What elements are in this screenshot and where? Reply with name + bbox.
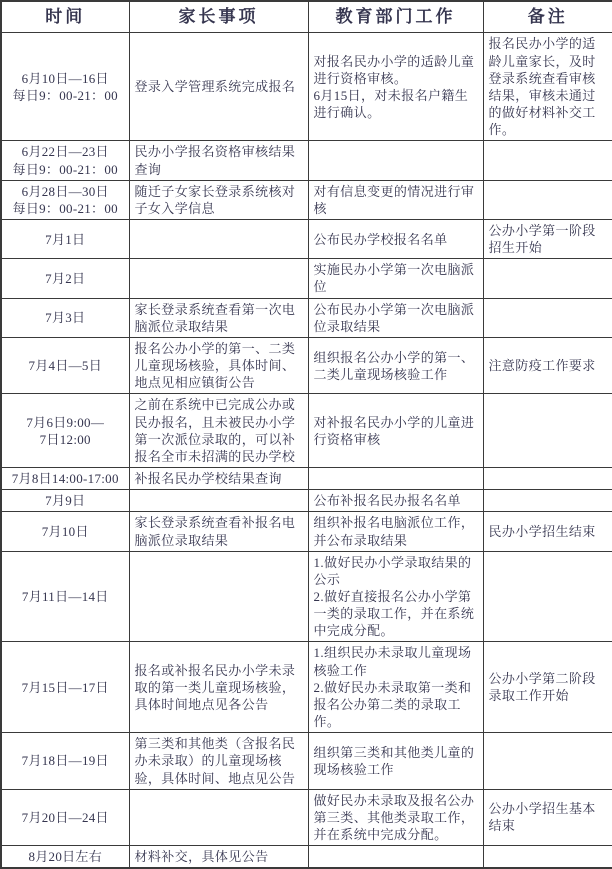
cell-parent-tasks bbox=[129, 789, 308, 845]
cell-parent-tasks: 补报名民办学校结果查询 bbox=[129, 468, 308, 490]
table-row: 7月18日—19日第三类和其他类（含报名民办未录取）的儿童现场核验，具体时间、地… bbox=[1, 733, 612, 789]
cell-notes bbox=[483, 846, 612, 869]
cell-parent-tasks bbox=[129, 220, 308, 259]
cell-parent-tasks: 报名公办小学的第一、二类儿童现场核验，具体时间、地点见相应镇街公告 bbox=[129, 337, 308, 393]
cell-time: 6月22日—23日 每日9：00-21：00 bbox=[1, 141, 129, 180]
table-row: 7月4日—5日报名公办小学的第一、二类儿童现场核验，具体时间、地点见相应镇街公告… bbox=[1, 337, 612, 393]
cell-time: 7月2日 bbox=[1, 259, 129, 298]
table-row: 7月15日—17日报名或补报名民办小学未录取的第一类儿童现场核验，具体时间地点见… bbox=[1, 642, 612, 733]
cell-parent-tasks: 家长登录系统查看第一次电脑派位录取结果 bbox=[129, 298, 308, 337]
table-row: 7月8日14:00-17:00补报名民办学校结果查询 bbox=[1, 468, 612, 490]
table-row: 6月22日—23日 每日9：00-21：00民办小学报名资格审核结果查询 bbox=[1, 141, 612, 180]
cell-time: 7月8日14:00-17:00 bbox=[1, 468, 129, 490]
cell-parent-tasks: 报名或补报名民办小学未录取的第一类儿童现场核验，具体时间地点见各公告 bbox=[129, 642, 308, 733]
cell-time: 7月4日—5日 bbox=[1, 337, 129, 393]
cell-parent-tasks: 第三类和其他类（含报名民办未录取）的儿童现场核验，具体时间、地点见公告 bbox=[129, 733, 308, 789]
header-cell-notes: 备注 bbox=[483, 1, 612, 33]
table-row: 7月3日家长登录系统查看第一次电脑派位录取结果公布民办小学第一次电脑派位录取结果 bbox=[1, 298, 612, 337]
cell-parent-tasks bbox=[129, 551, 308, 642]
cell-parent-tasks: 登录入学管理系统完成报名 bbox=[129, 33, 308, 141]
cell-notes bbox=[483, 733, 612, 789]
cell-time: 7月10日 bbox=[1, 512, 129, 551]
cell-parent-tasks: 民办小学报名资格审核结果查询 bbox=[129, 141, 308, 180]
table-row: 6月28日—30日 每日9：00-21：00随迁子女家长登录系统核对子女入学信息… bbox=[1, 180, 612, 219]
cell-time: 6月28日—30日 每日9：00-21：00 bbox=[1, 180, 129, 219]
cell-notes: 报名民办小学的适龄儿童家长，及时登录系统查看审核结果，审核未通过的做好材料补交工… bbox=[483, 33, 612, 141]
cell-time: 7月6日9:00— 7日12:00 bbox=[1, 394, 129, 468]
cell-notes: 公办小学第一阶段招生开始 bbox=[483, 220, 612, 259]
cell-notes bbox=[483, 259, 612, 298]
cell-notes bbox=[483, 551, 612, 642]
cell-time: 7月18日—19日 bbox=[1, 733, 129, 789]
cell-notes: 注意防疫工作要求 bbox=[483, 337, 612, 393]
header-cell-time: 时间 bbox=[1, 1, 129, 33]
cell-education-dept-work bbox=[308, 846, 483, 869]
cell-education-dept-work: 1.做好民办小学录取结果的公示 2.做好直接报名公办小学第一类的录取工作，并在系… bbox=[308, 551, 483, 642]
header-cell-parent-tasks: 家长事项 bbox=[129, 1, 308, 33]
cell-notes bbox=[483, 468, 612, 490]
cell-notes bbox=[483, 180, 612, 219]
table-row: 7月20日—24日做好民办未录取及报名公办第三类、其他类录取工作，并在系统中完成… bbox=[1, 789, 612, 845]
cell-time: 7月11日—14日 bbox=[1, 551, 129, 642]
cell-education-dept-work: 公布补报名民办报名名单 bbox=[308, 490, 483, 512]
cell-time: 7月1日 bbox=[1, 220, 129, 259]
table-row: 7月6日9:00— 7日12:00之前在系统中已完成公办或民办报名，且未被民办小… bbox=[1, 394, 612, 468]
cell-notes bbox=[483, 298, 612, 337]
cell-notes bbox=[483, 141, 612, 180]
cell-education-dept-work: 公布民办学校报名名单 bbox=[308, 220, 483, 259]
cell-time: 6月10日—16日 每日9：00-21：00 bbox=[1, 33, 129, 141]
cell-notes: 公办小学第二阶段录取工作开始 bbox=[483, 642, 612, 733]
cell-notes bbox=[483, 490, 612, 512]
table-row: 7月2日实施民办小学第一次电脑派位 bbox=[1, 259, 612, 298]
cell-parent-tasks: 家长登录系统查看补报名电脑派位录取结果 bbox=[129, 512, 308, 551]
enrollment-schedule-table: 时间 家长事项 教育部门工作 备注 6月10日—16日 每日9：00-21：00… bbox=[0, 0, 612, 869]
table-row: 6月10日—16日 每日9：00-21：00登录入学管理系统完成报名对报名民办小… bbox=[1, 33, 612, 141]
table-row: 7月11日—14日1.做好民办小学录取结果的公示 2.做好直接报名公办小学第一类… bbox=[1, 551, 612, 642]
cell-parent-tasks: 材料补交，具体见公告 bbox=[129, 846, 308, 869]
table-row: 7月1日公布民办学校报名名单公办小学第一阶段招生开始 bbox=[1, 220, 612, 259]
cell-time: 7月20日—24日 bbox=[1, 789, 129, 845]
cell-parent-tasks bbox=[129, 490, 308, 512]
table-row: 7月9日公布补报名民办报名名单 bbox=[1, 490, 612, 512]
table-row: 8月20日左右材料补交，具体见公告 bbox=[1, 846, 612, 869]
cell-notes: 公办小学招生基本结束 bbox=[483, 789, 612, 845]
cell-education-dept-work bbox=[308, 468, 483, 490]
cell-time: 7月9日 bbox=[1, 490, 129, 512]
cell-education-dept-work: 1.组织民办未录取儿童现场核验工作 2.做好民办未录取第一类和报名公办第二类的录… bbox=[308, 642, 483, 733]
cell-time: 7月3日 bbox=[1, 298, 129, 337]
cell-education-dept-work: 组织补报名电脑派位工作，并公布录取结果 bbox=[308, 512, 483, 551]
cell-education-dept-work: 对报名民办小学的适龄儿童进行资格审核。 6月15日，对未报名户籍生进行确认。 bbox=[308, 33, 483, 141]
cell-parent-tasks: 之前在系统中已完成公办或民办报名，且未被民办小学第一次派位录取的，可以补报名全市… bbox=[129, 394, 308, 468]
cell-education-dept-work: 做好民办未录取及报名公办第三类、其他类录取工作，并在系统中完成分配。 bbox=[308, 789, 483, 845]
cell-education-dept-work: 组织第三类和其他类儿童的现场核验工作 bbox=[308, 733, 483, 789]
table-body: 6月10日—16日 每日9：00-21：00登录入学管理系统完成报名对报名民办小… bbox=[1, 33, 612, 868]
cell-education-dept-work: 对补报名民办小学的儿童进行资格审核 bbox=[308, 394, 483, 468]
header-row: 时间 家长事项 教育部门工作 备注 bbox=[1, 1, 612, 33]
cell-education-dept-work bbox=[308, 141, 483, 180]
cell-notes: 民办小学招生结束 bbox=[483, 512, 612, 551]
table-row: 7月10日家长登录系统查看补报名电脑派位录取结果组织补报名电脑派位工作，并公布录… bbox=[1, 512, 612, 551]
cell-notes bbox=[483, 394, 612, 468]
document-page: 时间 家长事项 教育部门工作 备注 6月10日—16日 每日9：00-21：00… bbox=[0, 0, 612, 869]
cell-education-dept-work: 组织报名公办小学的第一、二类儿童现场核验工作 bbox=[308, 337, 483, 393]
cell-education-dept-work: 实施民办小学第一次电脑派位 bbox=[308, 259, 483, 298]
header-cell-education-dept-work: 教育部门工作 bbox=[308, 1, 483, 33]
cell-parent-tasks bbox=[129, 259, 308, 298]
cell-time: 7月15日—17日 bbox=[1, 642, 129, 733]
cell-education-dept-work: 对有信息变更的情况进行审核 bbox=[308, 180, 483, 219]
cell-parent-tasks: 随迁子女家长登录系统核对子女入学信息 bbox=[129, 180, 308, 219]
cell-education-dept-work: 公布民办小学第一次电脑派位录取结果 bbox=[308, 298, 483, 337]
cell-time: 8月20日左右 bbox=[1, 846, 129, 869]
